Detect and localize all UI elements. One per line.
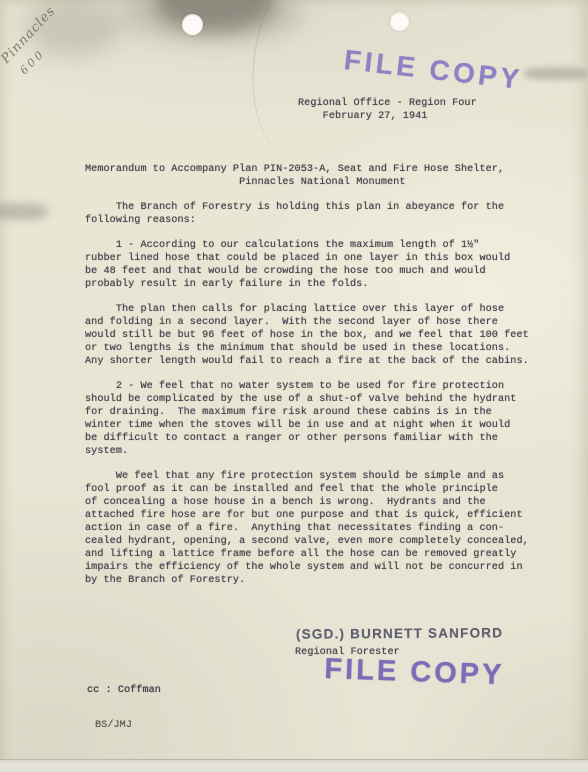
memo-paragraph: The Branch of Forestry is holding this p…	[85, 201, 547, 227]
memo-body: Memorandum to Accompany Plan PIN-2053-A,…	[85, 163, 547, 599]
paper-crease	[233, 0, 419, 182]
memo-paragraph: We feel that any fire protection system …	[85, 470, 547, 587]
smudge-mark	[155, 0, 275, 32]
memo-paragraph: 2 - We feel that no water system to be u…	[85, 380, 547, 458]
signed-name-stamp: (SGD.) BURNETT SANFORD	[296, 625, 503, 641]
memo-document: Pinnacles 600 FILE COPY Regional Office …	[0, 0, 588, 772]
cc-line: cc : Coffman	[87, 684, 161, 697]
hole-punch-icon	[390, 12, 409, 31]
typist-initials: BS/JMJ	[95, 719, 132, 732]
header-office-date: Regional Office - Region Four February 2…	[298, 97, 477, 123]
memo-paragraph: 1 - According to our calculations the ma…	[85, 239, 547, 291]
hole-punch-icon	[182, 14, 203, 35]
smudge-mark	[524, 67, 588, 80]
file-copy-stamp-bottom: FILE COPY	[324, 653, 505, 692]
paper-bottom-edge	[0, 759, 588, 772]
smudge-mark	[0, 203, 48, 220]
memo-subject: Memorandum to Accompany Plan PIN-2053-A,…	[85, 163, 547, 189]
memo-paragraph: The plan then calls for placing lattice …	[85, 303, 547, 368]
